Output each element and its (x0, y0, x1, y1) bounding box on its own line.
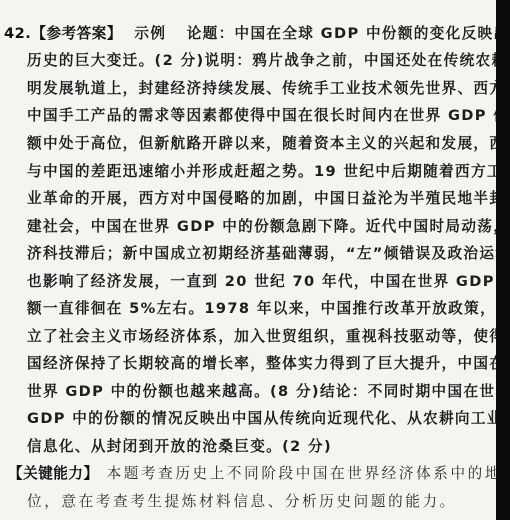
answer-line-8: 建社会，中国在世界 GDP 中的份额急剧下降。近代中国时局动荡，经 (27, 215, 467, 239)
answer-line-6: 与中国的差距迅速缩小并形成赶超之势。19 世纪中后期随着西方工 (27, 160, 467, 184)
key-ability-line-1: 【关键能力】本题考查历史上不同阶段中国在世界经济体系中的地 (8, 462, 448, 486)
answer-line-13: 国经济保持了长期较高的增长率，整体实力得到了巨大提升，中国在 (27, 352, 467, 376)
answer-line-16: 信息化、从封闭到开放的沧桑巨变。(2 分) (27, 435, 467, 459)
answer-line-2: 历史的巨大变迁。(2 分)说明：鸦片战争之前，中国还处在传统农耕文 (27, 49, 467, 73)
scan-edge-shadow (496, 0, 510, 520)
answer-tag: 【参考答案】 (31, 25, 122, 42)
answer-line-4: 中国手工产品的需求等因素都使得中国在很长时间内在世界 GDP 份 (27, 104, 467, 128)
key-ability-text: 本题考查历史上不同阶段中国在世界经济体系中的地 (107, 465, 502, 482)
answer-line-9: 济科技滞后；新中国成立初期经济基础薄弱，“左”倾错误及政治运动 (27, 242, 467, 266)
example-label: 示例 (134, 25, 166, 42)
answer-line-3: 明发展轨道上，封建经济持续发展、传统手工业技术领先世界、西方对 (27, 77, 467, 101)
answer-line-14: 世界 GDP 中的份额也越来越高。(8 分)结论：不同时期中国在世界 (27, 380, 467, 404)
answer-line-1: 42.【参考答案】 示例 论题：中国在全球 GDP 中份额的变化反映出中国 (4, 22, 444, 46)
scanned-page: 42.【参考答案】 示例 论题：中国在全球 GDP 中份额的变化反映出中国 历史… (0, 0, 496, 520)
question-number: 42. (4, 25, 31, 42)
answer-line-11: 额一直徘徊在 5%左右。1978 年以来，中国推行改革开放政策，逐步建 (27, 297, 467, 321)
answer-line-7: 业革命的开展，西方对中国侵略的加剧，中国日益沦为半殖民地半封 (27, 187, 467, 211)
key-ability-tag: 【关键能力】 (8, 465, 99, 482)
key-ability-line-2: 位，意在考查考生提炼材料信息、分析历史问题的能力。 (27, 490, 467, 514)
answer-line-5: 额中处于高位，但新航路开辟以来，随着资本主义的兴起和发展，西方 (27, 132, 467, 156)
answer-line-10: 也影响了经济发展，一直到 20 世纪 70 年代，中国在世界 GDP 中的份 (27, 270, 467, 294)
answer-line-15: GDP 中的份额的情况反映出中国从传统向近现代化、从农耕向工业化 (27, 407, 467, 431)
thesis-text: 论题：中国在全球 GDP 中份额的变化反映出中国 (187, 25, 510, 42)
answer-line-12: 立了社会主义市场经济体系，加入世贸组织，重视科技驱动等，使得中 (27, 325, 467, 349)
